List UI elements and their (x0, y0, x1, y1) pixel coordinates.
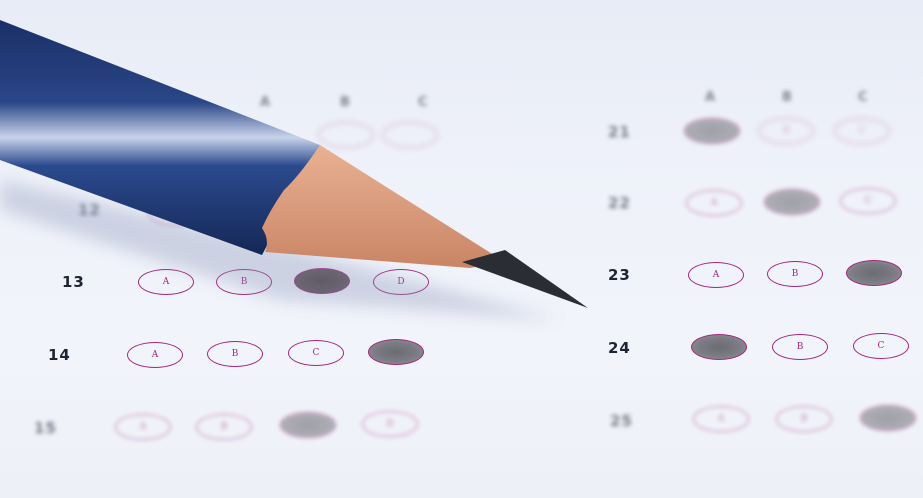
pencil (0, 0, 923, 498)
